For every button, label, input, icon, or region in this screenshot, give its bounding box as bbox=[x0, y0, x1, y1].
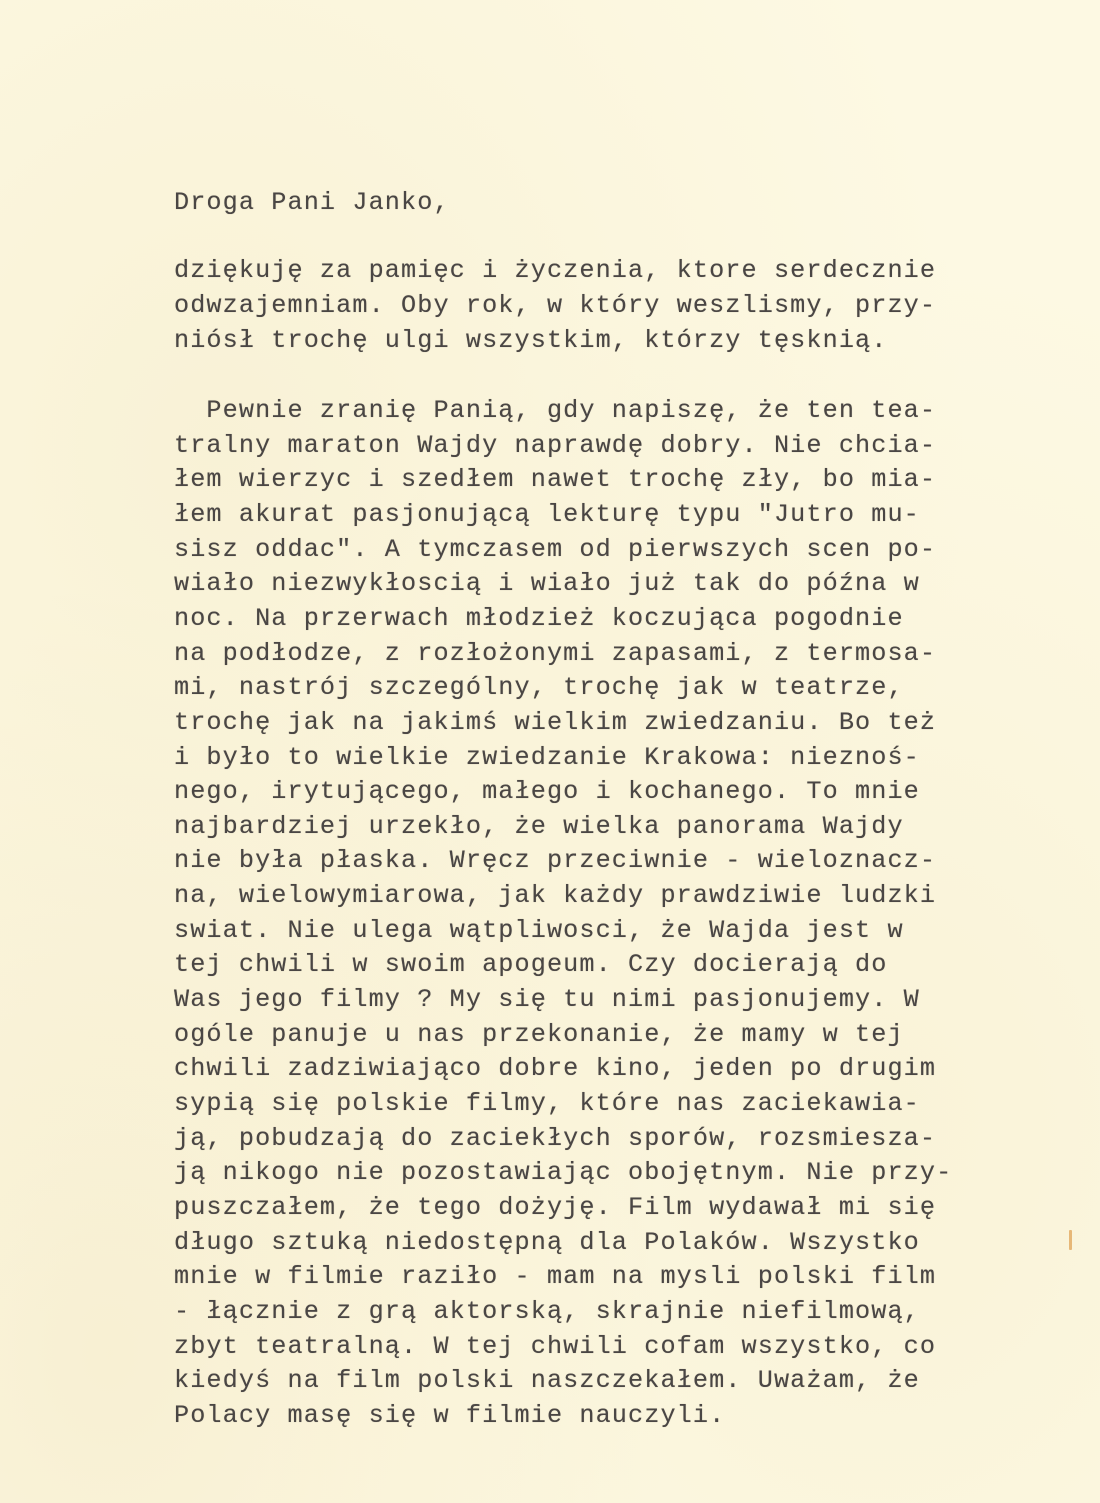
paragraph-2-line: noc. Na przerwach młodzież koczująca pog… bbox=[174, 604, 904, 634]
paragraph-2-line: chwili zadziwiająco dobre kino, jeden po… bbox=[174, 1054, 936, 1084]
paragraph-2-line: tej chwili w swoim apogeum. Czy docieraj… bbox=[174, 950, 887, 980]
paragraph-2-line: łem akurat pasjonującą lekturę typu "Jut… bbox=[174, 500, 920, 530]
paragraph-2-line: ją, pobudzają do zaciekłych sporów, rozs… bbox=[174, 1124, 936, 1154]
paragraph-2-line: sisz oddac". A tymczasem od pierwszych s… bbox=[174, 535, 936, 565]
paragraph-1-line: dziękuję za pamięc i życzenia, ktore ser… bbox=[174, 256, 936, 286]
paragraph-2-line: Pewnie zranię Panią, gdy napiszę, że ten… bbox=[174, 396, 936, 426]
paragraph-2-line: nego, irytującego, małego i kochanego. T… bbox=[174, 777, 920, 807]
paragraph-2-line: Polacy masę się w filmie nauczyli. bbox=[174, 1401, 725, 1431]
paragraph-2-line: ogóle panuje u nas przekonanie, że mamy … bbox=[174, 1020, 904, 1050]
paragraph-1-line: odwzajemniam. Oby rok, w który weszlismy… bbox=[174, 291, 936, 321]
paragraph-2-line: zbyt teatralną. W tej chwili cofam wszys… bbox=[174, 1332, 936, 1362]
paragraph-2-line: puszczałem, że tego dożyję. Film wydawał… bbox=[174, 1193, 936, 1223]
paragraph-2-line: nie była płaska. Wręcz przeciwnie - wiel… bbox=[174, 846, 936, 876]
paragraph-2-line: na, wielowymiarowa, jak każdy prawdziwie… bbox=[174, 881, 936, 911]
paragraph-2-line: trochę jak na jakimś wielkim zwiedzaniu.… bbox=[174, 708, 936, 738]
paragraph-2-line: Was jego filmy ? My się tu nimi pasjonuj… bbox=[174, 985, 920, 1015]
paragraph-2-line: łem wierzyc i szedłem nawet trochę zły, … bbox=[174, 465, 936, 495]
paragraph-1-line: niósł trochę ulgi wszystkim, którzy tęsk… bbox=[174, 326, 887, 356]
paragraph-2-line: kiedyś na film polski naszczekałem. Uważ… bbox=[174, 1366, 920, 1396]
letter-page: Droga Pani Janko, dziękuję za pamięc i ż… bbox=[0, 0, 1100, 1503]
paragraph-2-line: tralny maraton Wajdy naprawdę dobry. Nie… bbox=[174, 431, 936, 461]
paragraph-2-line: wiało niezwykłoscią i wiało już tak do p… bbox=[174, 569, 920, 599]
paragraph-2-line: mi, nastrój szczególny, trochę jak w tea… bbox=[174, 673, 904, 703]
paragraph-2-line: najbardziej urzekło, że wielka panorama … bbox=[174, 812, 904, 842]
salutation: Droga Pani Janko, bbox=[174, 188, 450, 218]
paragraph-2-line: swiat. Nie ulega wątpliwosci, że Wajda j… bbox=[174, 916, 904, 946]
paragraph-2-line: - łącznie z grą aktorską, skrajnie niefi… bbox=[174, 1297, 920, 1327]
paragraph-2-line: na podłodze, z rozłożonymi zapasami, z t… bbox=[174, 639, 936, 669]
margin-mark bbox=[1069, 1230, 1072, 1250]
paragraph-2-line: mnie w filmie raziło - mam na mysli pols… bbox=[174, 1262, 936, 1292]
paragraph-2-line: ją nikogo nie pozostawiając obojętnym. N… bbox=[174, 1158, 952, 1188]
paragraph-2-line: i było to wielkie zwiedzanie Krakowa: ni… bbox=[174, 743, 920, 773]
paragraph-2-line: długo sztuką niedostępną dla Polaków. Ws… bbox=[174, 1228, 920, 1258]
paragraph-2-line: sypią się polskie filmy, które nas zacie… bbox=[174, 1089, 920, 1119]
